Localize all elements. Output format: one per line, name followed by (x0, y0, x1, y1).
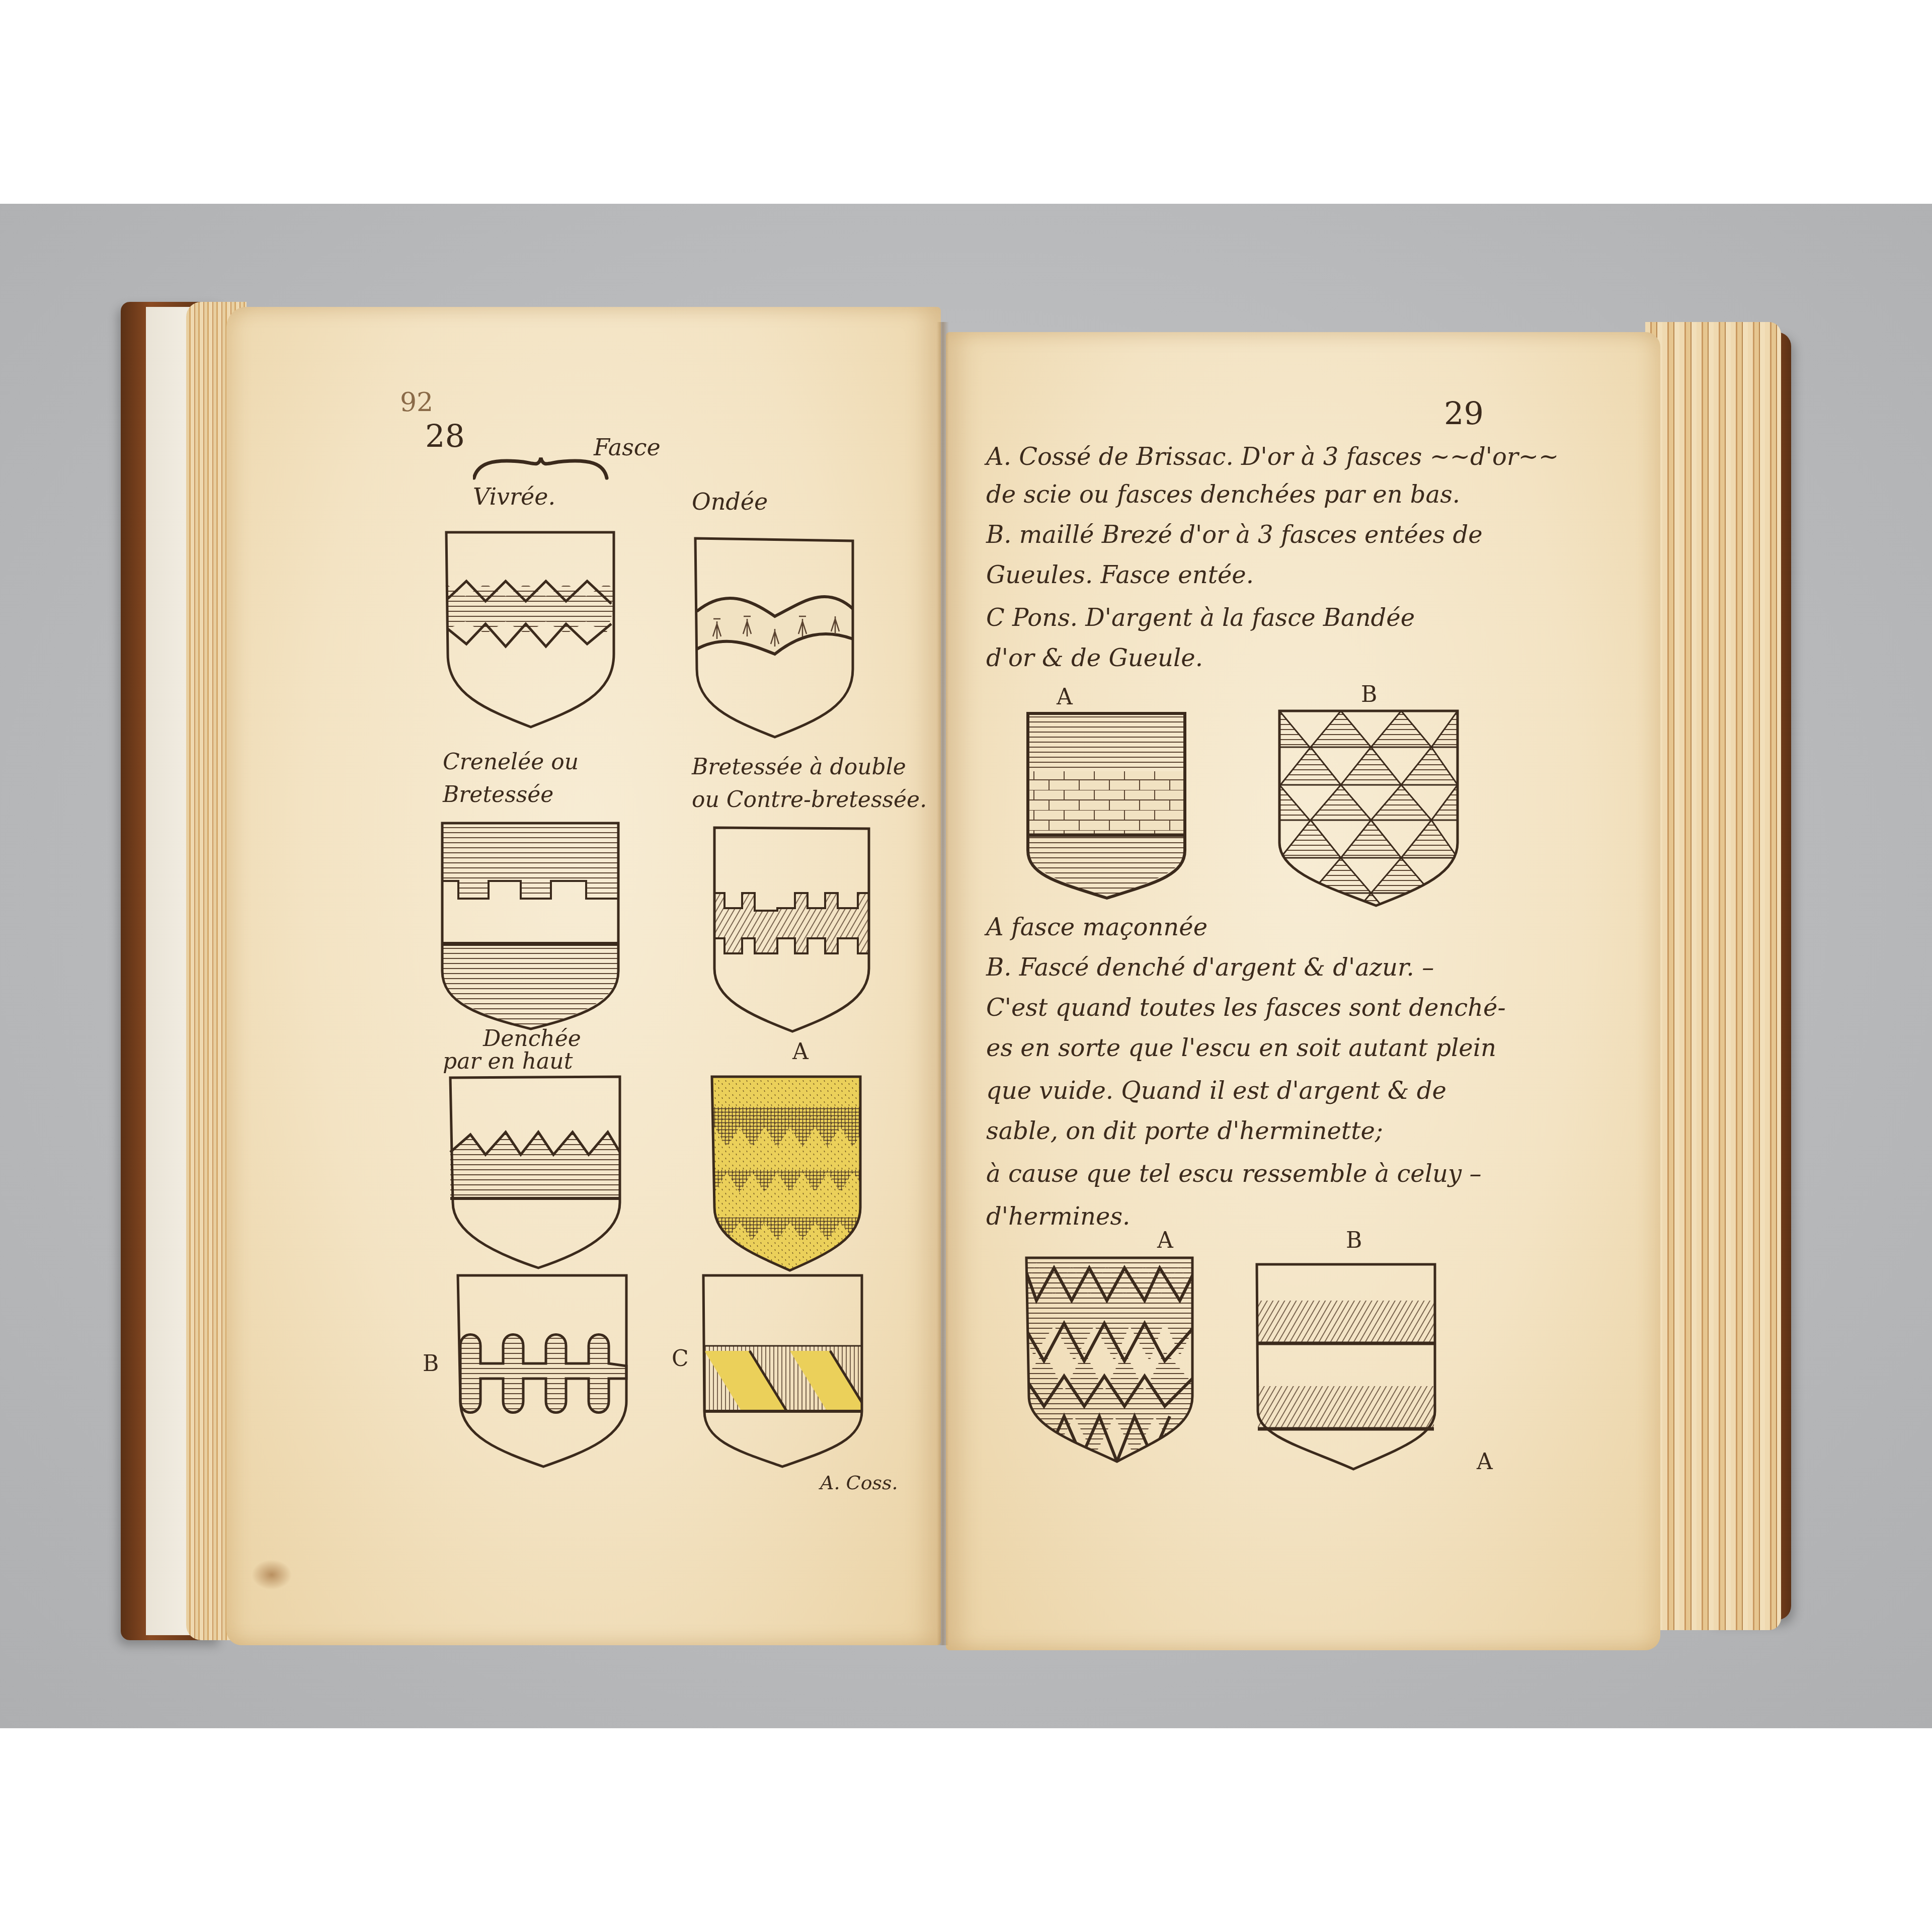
text-line: Gueules. Fasce entée. (986, 561, 1254, 589)
text-line: C'est quand toutes les fasces sont dench… (986, 994, 1506, 1022)
text-line: B. Fascé denché d'argent & d'azur. – (986, 953, 1434, 982)
text-line: C Pons. D'argent à la fasce Bandée (986, 604, 1415, 632)
text-line: B. maillé Brezé d'or à 3 fasces entées d… (986, 521, 1483, 549)
brace-ornament (473, 455, 609, 480)
text-line: sable, on dit porte d'herminette; (986, 1117, 1383, 1145)
page-number-right: 29 (1444, 395, 1484, 432)
letter-b-top: B (1361, 682, 1377, 707)
caption-bretessee-2: ou Contre-bretessée. (692, 787, 927, 813)
shield-denchee-haut (448, 1072, 624, 1273)
caption-vivree: Vivrée. (473, 483, 555, 510)
text-line: A. Cossé de Brissac. D'or à 3 fasces ~~d… (986, 443, 1559, 471)
text-line: d'hermines. (986, 1202, 1130, 1231)
text-line: que vuide. Quand il est d'argent & de (986, 1077, 1446, 1105)
shield-herminette (1024, 1255, 1195, 1467)
text-line: à cause que tel escu ressemble à celuy – (986, 1160, 1481, 1188)
text-line: A fasce maçonnée (986, 913, 1207, 941)
text-line: d'or & de Gueule. (986, 644, 1203, 672)
caption-denchee-1: Denchée (483, 1026, 581, 1052)
shield-fasce-denche (1275, 707, 1462, 908)
caption-denchee-2: par en haut (443, 1049, 573, 1074)
letter-b-bottom: B (1346, 1228, 1362, 1253)
shield-pons (699, 1270, 865, 1472)
letter-a-bottom: A (1157, 1228, 1173, 1253)
shield-two-bars (1253, 1260, 1439, 1472)
caption-crenelee-1: Crenelée ou (443, 750, 579, 775)
page-number-left: 28 (425, 418, 465, 454)
caption-crenelee-2: Bretessée (443, 782, 553, 808)
text-line: de scie ou fasces denchées par en bas. (986, 480, 1460, 509)
letter-b-left: B (423, 1351, 439, 1377)
paper-stain (252, 1560, 292, 1590)
caption-ondee: Ondée (692, 488, 768, 515)
open-book: 92 28 Fasce Vivrée. Ondée (0, 0, 1932, 1932)
shield-cosse-brissac (709, 1072, 865, 1273)
shield-bretessee-double (712, 823, 873, 1034)
shield-ondee (694, 533, 855, 740)
shield-vivree (445, 528, 616, 730)
book-gutter (937, 322, 949, 1645)
letter-a-top: A (1057, 684, 1073, 710)
text-line: es en sorte que l'escu en soit autant pl… (986, 1034, 1496, 1062)
letter-a-left: A (792, 1039, 809, 1065)
caption-bretessee-1: Bretessée à double (692, 755, 906, 780)
shield-maille-breze (455, 1270, 631, 1472)
shield-fasce-maconnee (1024, 709, 1190, 901)
letter-c-left: C (672, 1346, 689, 1372)
faint-page-number: 92 (400, 387, 433, 418)
page-edges-right (1645, 322, 1781, 1630)
catchword-left: A. Coss. (820, 1472, 898, 1494)
shield-crenelee (440, 820, 621, 1031)
catchword-right: A (1477, 1449, 1493, 1475)
